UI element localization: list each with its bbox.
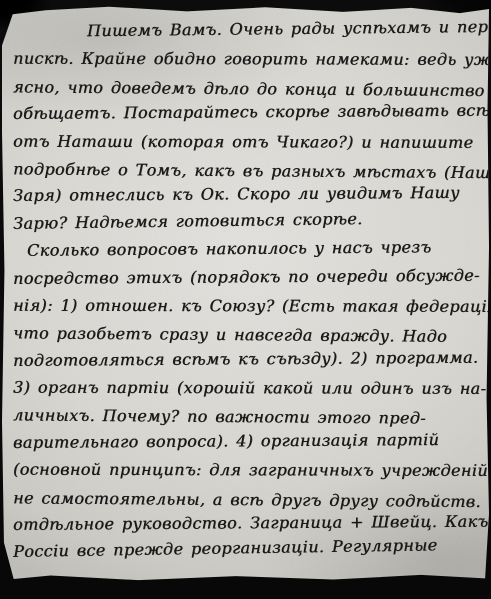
manuscript-line: Россіи все прежде реорганизаціи. Регуляр… [13,531,483,566]
manuscript-line: Сколько вопросовъ накопилось у насъ чрез… [13,233,483,264]
manuscript-line: нія): 1) отношен. къ Союзу? (Есть такая … [13,292,483,321]
manuscript-page: Пишемъ Вамъ. Очень рады успѣхамъ и пере-… [2,5,489,583]
manuscript-line: (основной принципъ: для заграничныхъ учр… [13,456,483,485]
manuscript-line: 3) органъ партіи (хорошій какой или один… [13,374,483,403]
manuscript-line: отъ Наташи (которая отъ Чикаго?) и напиш… [13,127,483,156]
manuscript-line: посредство этихъ (порядокъ по очереди об… [13,261,483,292]
manuscript-line: варительнаго вопроса). 4) организація па… [13,426,483,457]
handwritten-text-block: Пишемъ Вамъ. Очень рады успѣхамъ и пере-… [13,18,483,566]
manuscript-line: обѣщаетъ. Постарайтесь скорѣе завѣдывать… [13,97,483,128]
manuscript-line: пискѣ. Крайне обидно говорить намеками: … [13,45,483,74]
manuscript-line: Пишемъ Вамъ. Очень рады успѣхамъ и пере- [13,13,483,45]
manuscript-line: подготовляться всѣмъ къ съѣзду). 2) прог… [13,343,483,374]
manuscript-line: Зарю? Надѣемся готовиться скорѣе. [13,203,483,237]
manuscript-photo: Пишемъ Вамъ. Очень рады успѣхамъ и пере-… [0,0,491,599]
